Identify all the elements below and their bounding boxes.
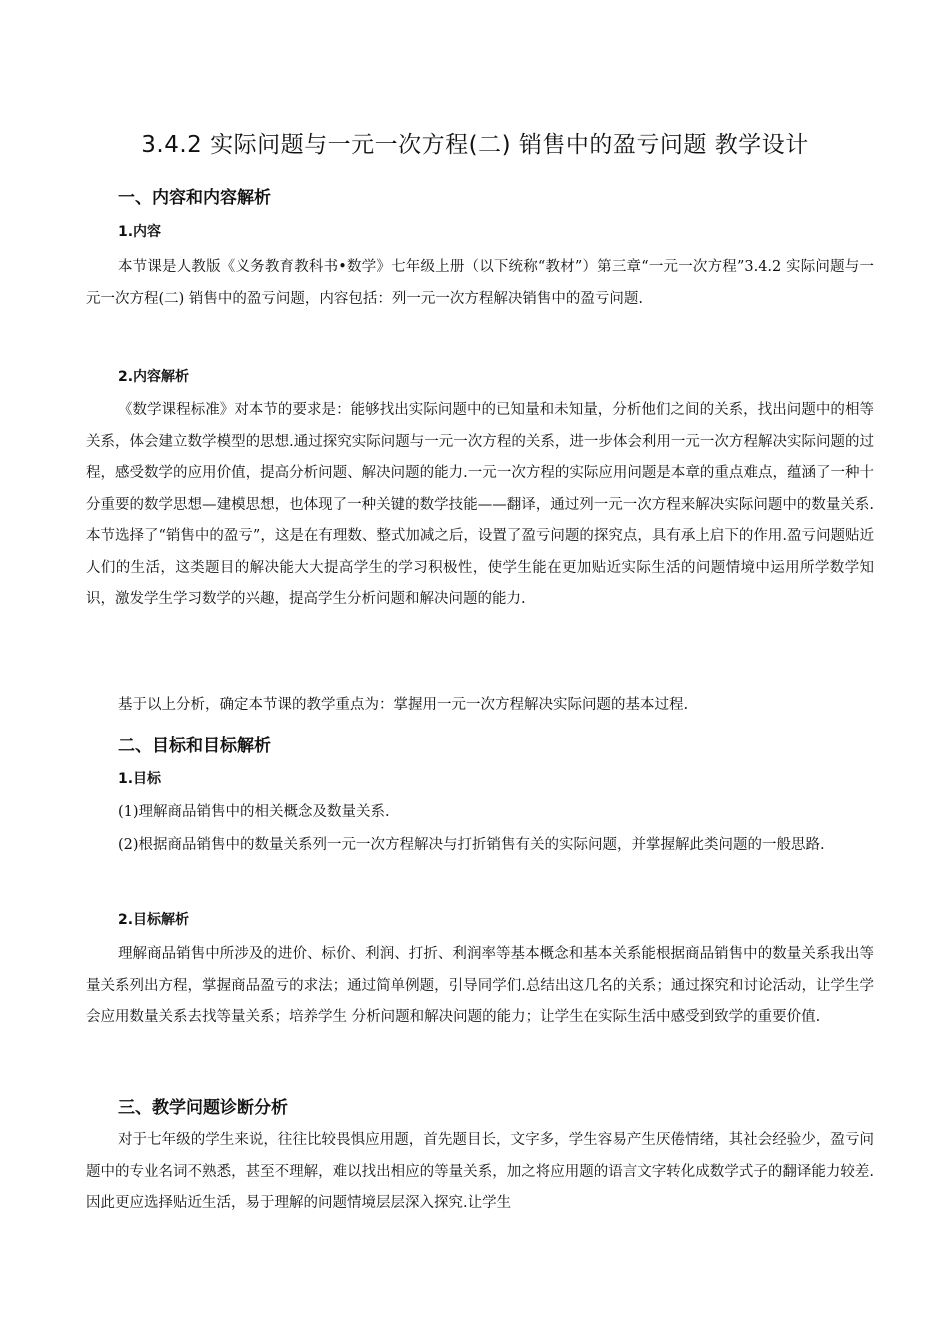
section-heading-content: 一、内容和内容解析 <box>118 183 271 208</box>
subsection-heading-content-analysis: 2.内容解析 <box>118 366 189 386</box>
paragraph-teaching-focus: 基于以上分析，确定本节课的教学重点为：掌握用一元一次方程解决实际问题的基本过程. <box>86 690 874 722</box>
document-title: 3.4.2 实际问题与一元一次方程(二) 销售中的盈亏问题 教学设计 <box>0 126 950 159</box>
section-heading-diagnosis: 三、教学问题诊断分析 <box>118 1093 288 1118</box>
objective-item-1: (1)理解商品销售中的相关概念及数量关系. <box>118 800 390 821</box>
section-heading-objectives: 二、目标和目标解析 <box>118 731 271 756</box>
document-page: 3.4.2 实际问题与一元一次方程(二) 销售中的盈亏问题 教学设计 一、内容和… <box>0 0 950 1344</box>
paragraph-content-analysis: 《数学课程标准》对本节的要求是：能够找出实际问题中的已知量和未知量，分析他们之间… <box>86 395 874 616</box>
subsection-heading-objective-analysis: 2.目标解析 <box>118 909 189 929</box>
paragraph-content: 本节课是人教版《义务教育教科书•数学》七年级上册（以下统称“教材”）第三章“一元… <box>86 252 874 315</box>
objective-item-2: (2)根据商品销售中的数量关系列一元一次方程解决与打折销售有关的实际问题，并掌握… <box>86 830 874 862</box>
paragraph-diagnosis: 对于七年级的学生来说，往往比较畏惧应用题，首先题目长，文字多，学生容易产生厌倦情… <box>86 1125 874 1220</box>
paragraph-objective-analysis: 理解商品销售中所涉及的进价、标价、利润、打折、利润率等基本概念和基本关系能根据商… <box>86 939 874 1034</box>
subsection-heading-content: 1.内容 <box>118 221 161 241</box>
subsection-heading-objectives: 1.目标 <box>118 768 161 788</box>
